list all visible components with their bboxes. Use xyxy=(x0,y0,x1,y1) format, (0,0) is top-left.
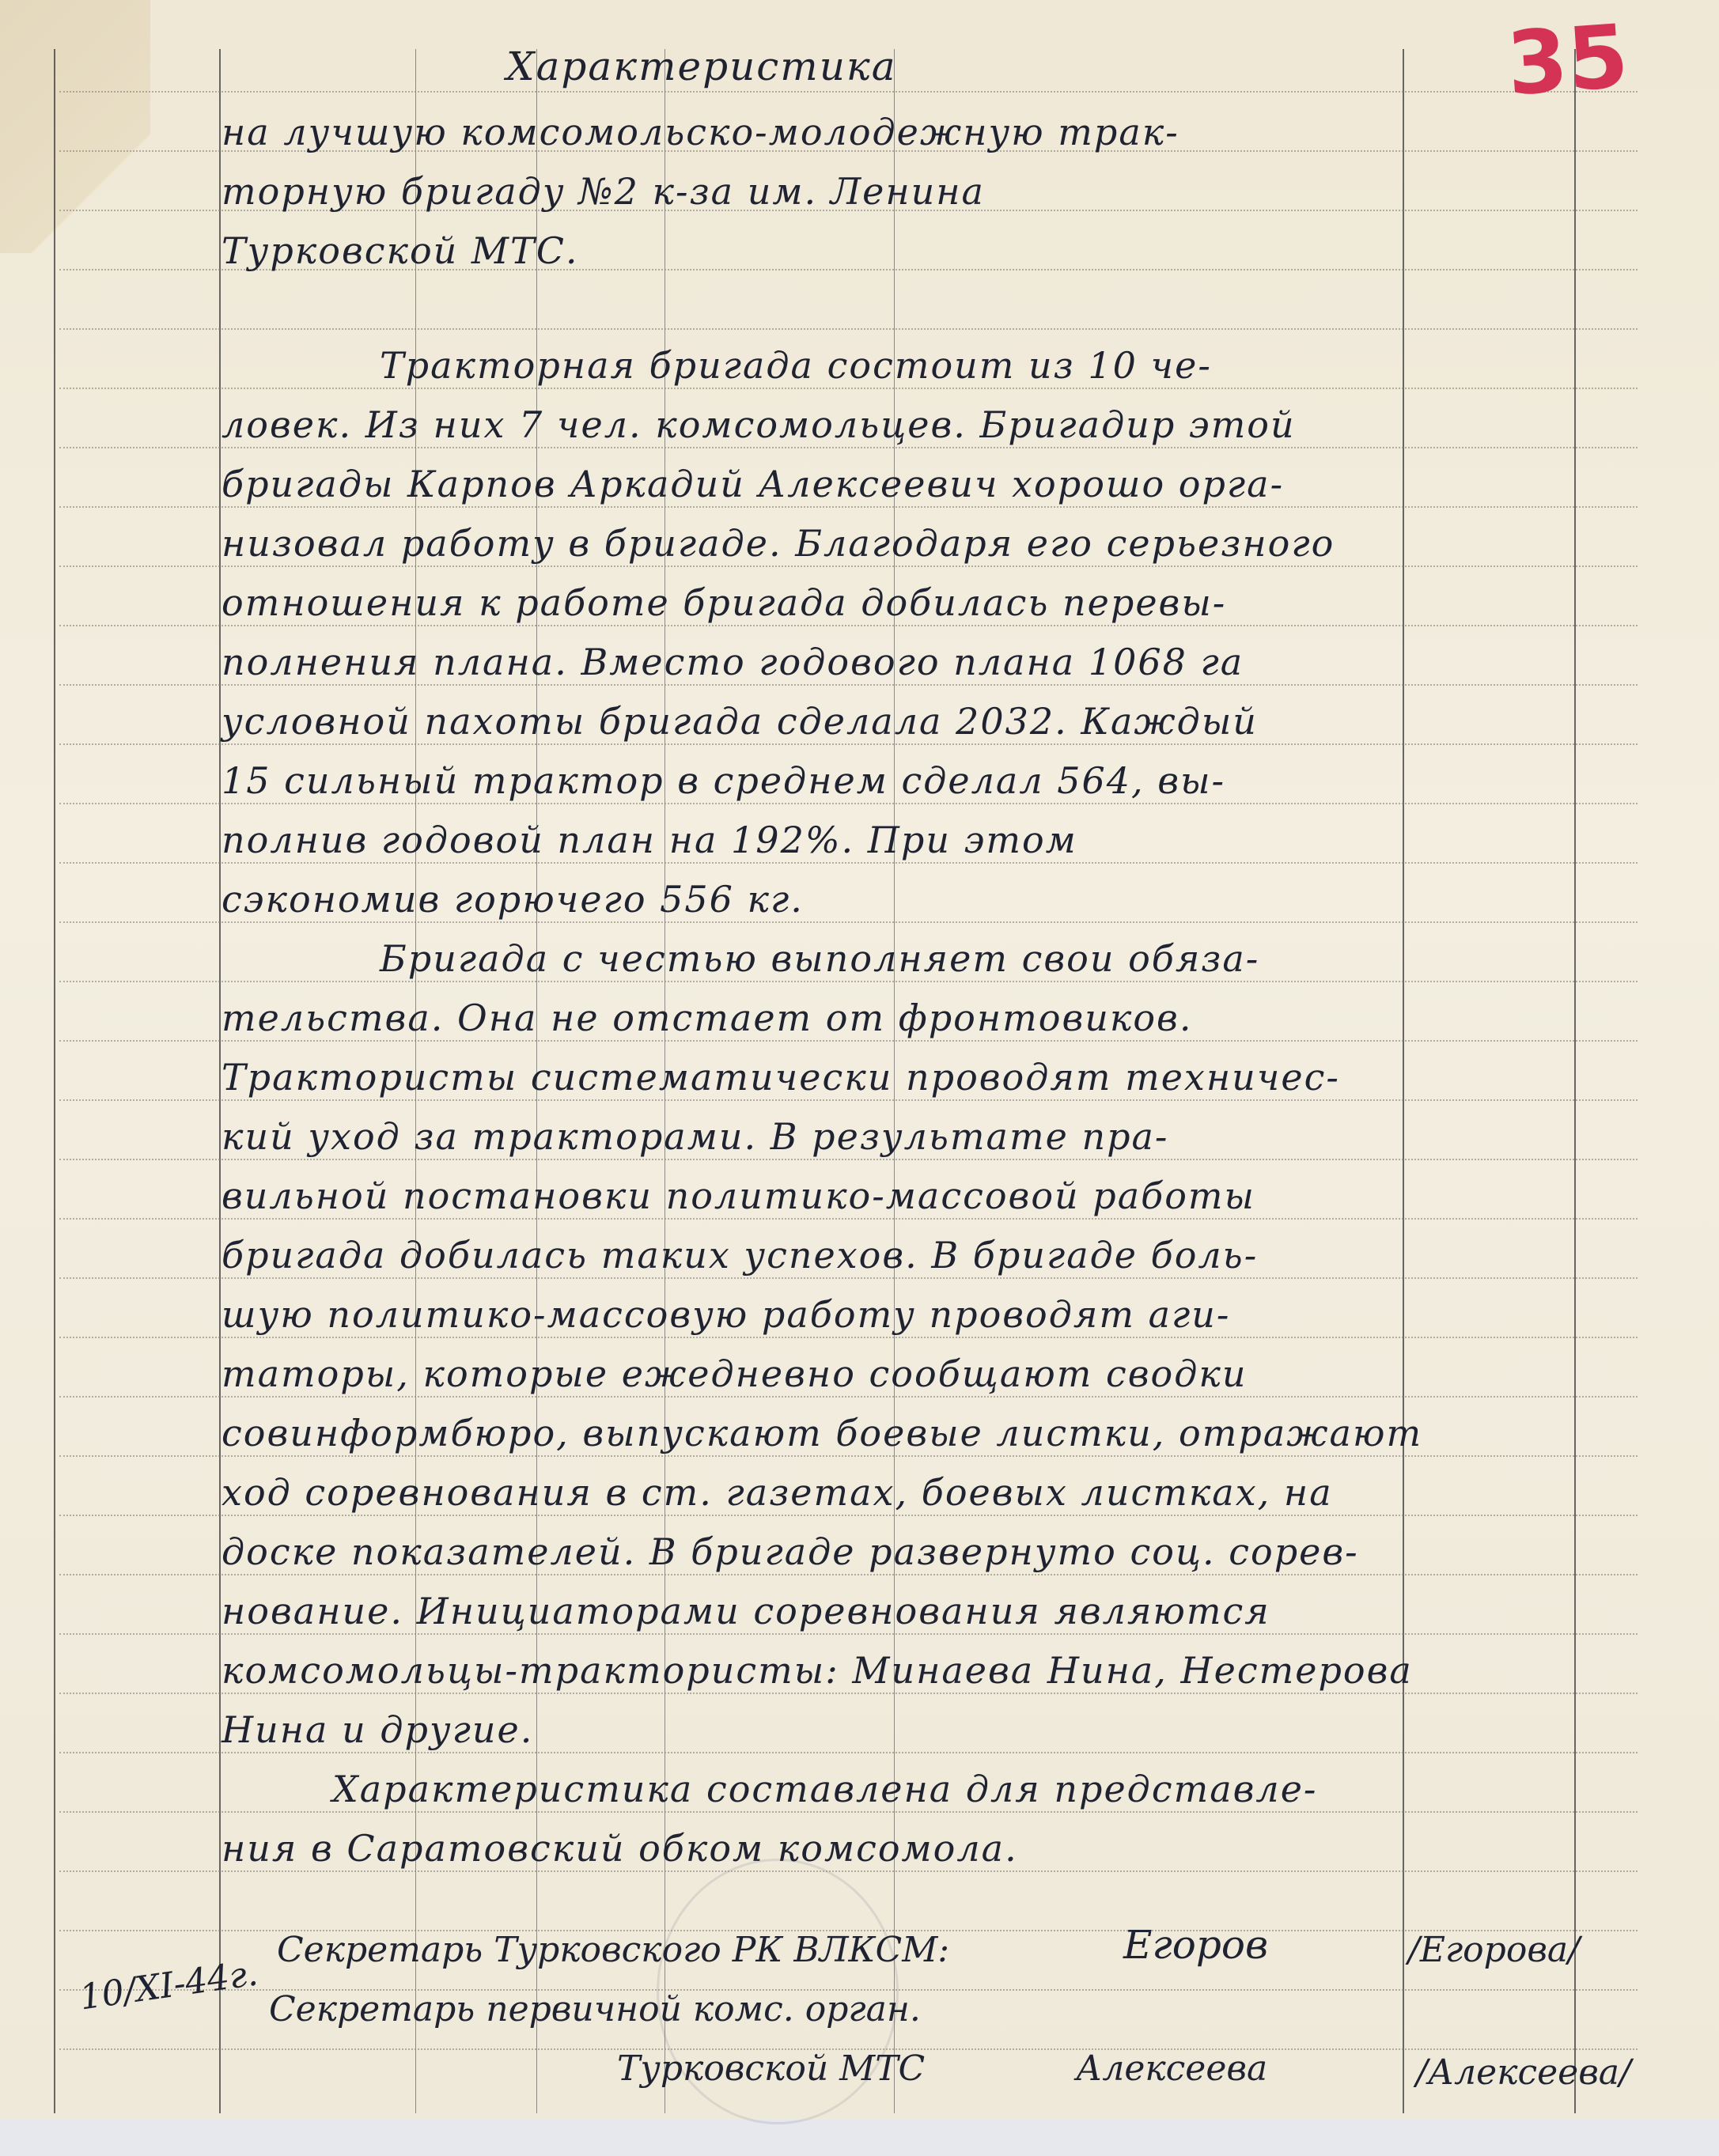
ruled-line xyxy=(59,1040,1638,1042)
ruled-line xyxy=(59,565,1638,567)
margin-rule xyxy=(219,49,221,2113)
ruled-line xyxy=(59,1455,1638,1457)
body-line: комсомольцы-трактористы: Минаева Нина, Н… xyxy=(222,1649,1582,1692)
ruled-line xyxy=(59,388,1638,389)
torn-corner xyxy=(0,0,150,253)
ruled-line xyxy=(59,743,1638,745)
signature-name-3: /Алексеева/ xyxy=(1416,2052,1631,2093)
body-line: совинформбюро, выпускают боевые листки, … xyxy=(222,1412,1582,1454)
body-line: таторы, которые ежедневно сообщают сводк… xyxy=(222,1352,1582,1395)
body-line: Характеристика составлена для представле… xyxy=(332,1768,1693,1810)
body-line: доске показателей. В бригаде развернуто … xyxy=(222,1530,1582,1573)
ruled-line xyxy=(59,1159,1638,1160)
ruled-line xyxy=(59,921,1638,923)
signature-1: Егоров xyxy=(1123,1922,1268,1968)
ruled-line xyxy=(59,981,1638,982)
heading-line: торную бригаду №2 к-за им. Ленина xyxy=(222,170,1582,213)
scan-background xyxy=(0,2120,1719,2156)
ruled-line xyxy=(59,91,1638,93)
body-line: нование. Инициаторами соревнования являю… xyxy=(222,1590,1582,1632)
body-line: низовал работу в бригаде. Благодаря его … xyxy=(222,522,1582,565)
body-line: полнив годовой план на 192%. При этом xyxy=(222,819,1582,861)
body-line: бригады Карпов Аркадий Алексеевич хорошо… xyxy=(222,463,1582,505)
body-line: ход соревнования в ст. газетах, боевых л… xyxy=(222,1471,1582,1514)
ruled-line xyxy=(59,328,1638,330)
body-line: ловек. Из них 7 чел. комсомольцев. Брига… xyxy=(222,403,1582,446)
body-line: Нина и другие. xyxy=(222,1708,1582,1751)
signature-name-1: /Егорова/ xyxy=(1408,1930,1580,1970)
ruled-line xyxy=(59,1099,1638,1101)
signature-role-2: Секретарь первичной комс. орган. xyxy=(269,1989,921,2029)
ruled-line xyxy=(59,862,1638,864)
body-line: Бригада с честью выполняет свои обяза- xyxy=(380,937,1719,980)
ruled-line xyxy=(59,1870,1638,1872)
ruled-line xyxy=(59,1218,1638,1220)
ruled-line xyxy=(59,1633,1638,1635)
body-line: кий уход за тракторами. В результате пра… xyxy=(222,1115,1582,1158)
body-line: шую политико-массовую работу проводят аг… xyxy=(222,1293,1582,1336)
signature-role-3: Турковской МТС xyxy=(617,2048,925,2089)
ruled-line xyxy=(59,1396,1638,1398)
body-line: Тракторная бригада состоит из 10 че- xyxy=(380,344,1719,387)
body-line: вильной постановки политико-массовой раб… xyxy=(222,1174,1582,1217)
body-line: 15 сильный трактор в среднем сделал 564,… xyxy=(222,759,1582,802)
body-line: бригада добилась таких успехов. В бригад… xyxy=(222,1234,1582,1277)
ruled-line xyxy=(59,803,1638,804)
body-line: ния в Саратовский обком комсомола. xyxy=(222,1827,1582,1870)
document-title: Характеристика xyxy=(506,43,1719,89)
ruled-line xyxy=(59,1277,1638,1279)
signature-role-1: Секретарь Турковского РК ВЛКСМ: xyxy=(277,1930,949,1970)
ruled-line xyxy=(59,506,1638,508)
heading-line: на лучшую комсомольско-молодежную трак- xyxy=(222,111,1582,153)
ruled-line xyxy=(59,684,1638,686)
body-line: сэкономив горючего 556 кг. xyxy=(222,878,1582,921)
ruled-line xyxy=(59,1515,1638,1516)
ruled-line xyxy=(59,625,1638,626)
body-line: полнения плана. Вместо годового плана 10… xyxy=(222,641,1582,683)
body-line: тельства. Она не отстает от фронтовиков. xyxy=(222,997,1582,1039)
margin-rule xyxy=(54,49,55,2113)
body-line: Трактористы систематически проводят техн… xyxy=(222,1056,1582,1099)
body-line: условной пахоты бригада сделала 2032. Ка… xyxy=(222,700,1582,743)
ruled-line xyxy=(59,1752,1638,1753)
heading-line: Турковской МТС. xyxy=(222,229,1582,272)
signature-3: Алексеева xyxy=(1076,2048,1267,2089)
ruled-line xyxy=(59,1574,1638,1575)
ruled-line xyxy=(59,1693,1638,1694)
ruled-line xyxy=(59,447,1638,448)
ruled-line xyxy=(59,1811,1638,1813)
ruled-line xyxy=(59,1337,1638,1338)
body-line: отношения к работе бригада добилась пере… xyxy=(222,581,1582,624)
